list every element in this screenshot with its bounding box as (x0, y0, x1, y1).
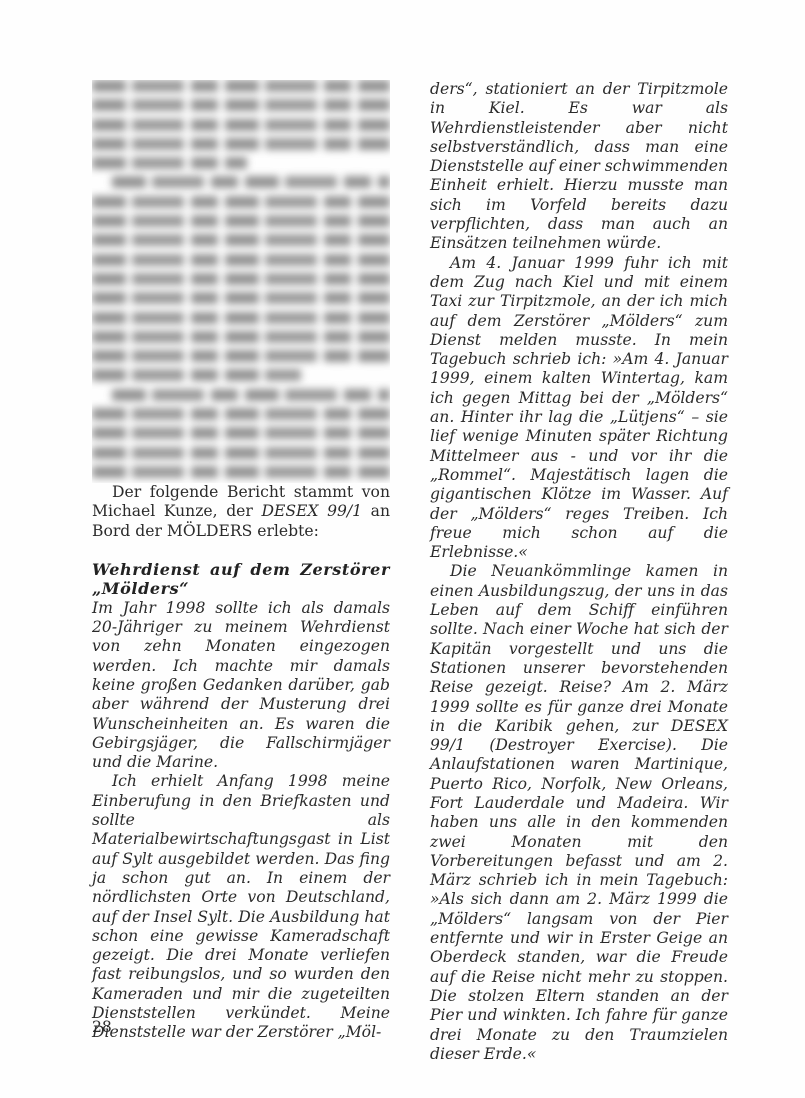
body-paragraph-1: Im Jahr 1998 sollte ich als damals 20-Jä… (92, 599, 390, 773)
book-page: Der folgende Bericht stammt von Michael … (0, 0, 805, 1098)
page-number: 28 (92, 1018, 112, 1036)
blurred-text-block (92, 80, 390, 483)
body-paragraph-3: ders“, stationiert an der Tirpitzmole in… (430, 80, 728, 254)
spacer (92, 541, 390, 560)
left-column: Der folgende Bericht stammt von Michael … (92, 80, 390, 1043)
body-paragraph-2: Ich erhielt Anfang 1998 meine Einberufun… (92, 772, 390, 1042)
body-paragraph-5: Die Neuankömmlinge kamen in einen Ausbil… (430, 562, 728, 1064)
heading-line-1: Wehrdienst auf dem Zerstörer (92, 560, 390, 579)
intro-exercise-name: DESEX 99/1 (261, 502, 362, 520)
intro-paragraph: Der folgende Bericht stammt von Michael … (92, 483, 390, 541)
heading-line-2: „Mölders“ (92, 579, 390, 598)
body-paragraph-4: Am 4. Januar 1999 fuhr ich mit dem Zug n… (430, 254, 728, 563)
right-column: ders“, stationiert an der Tirpitzmole in… (430, 80, 728, 1064)
section-heading: Wehrdienst auf dem Zerstörer „Mölders“ (92, 560, 390, 599)
